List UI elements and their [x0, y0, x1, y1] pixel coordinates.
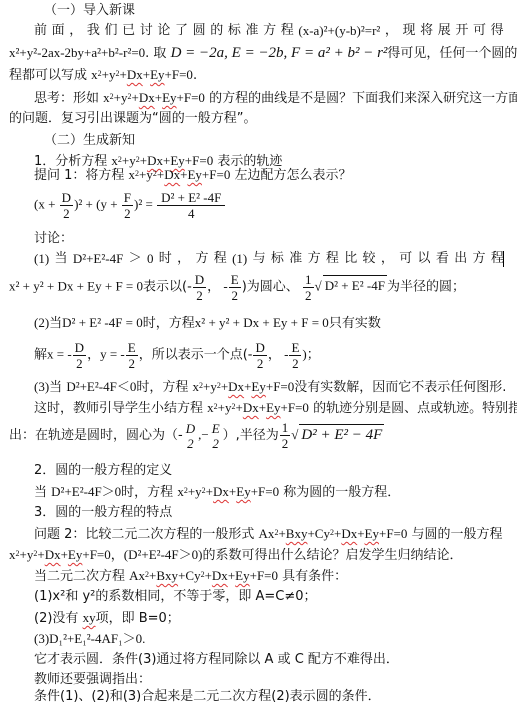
- token: 方: [195, 250, 208, 268]
- fraction-rhs: D² + E² -4F4: [157, 190, 225, 221]
- token: 0: [147, 250, 154, 268]
- token: 当: [54, 250, 67, 268]
- section-2-title: 2．圆的一般方程的定义: [34, 462, 172, 480]
- summary-line1: 这时，教师引导学生小结方程 x2+y2+Dx+Ey+F=0 的轨迹分别是圆、点或…: [34, 399, 517, 418]
- section-2-body: 当 D²+E²-4F＞0时，方程 x2+y2+Dx+Ey+F=0 称为圆的一般方…: [34, 483, 400, 502]
- text: (3)当: [34, 379, 62, 394]
- text: 项，即 B=0；: [96, 611, 180, 626]
- text: 解x = -: [34, 346, 72, 361]
- token: 较: [363, 250, 376, 268]
- text: 问题 2：比较二元二次方程的一般形式: [34, 527, 254, 542]
- char: 准: [246, 22, 259, 40]
- token: 出: [454, 250, 467, 268]
- char: 现: [403, 22, 416, 40]
- char: 开: [455, 22, 468, 40]
- char: ，: [385, 22, 398, 40]
- token: ，: [381, 250, 394, 268]
- condition-2: (2)没有 xy项，即 B=0；: [34, 609, 180, 628]
- fraction-E-2: E2: [289, 340, 301, 371]
- eq-part: x² + y² + Dx + Ey + F = 0: [9, 278, 143, 293]
- text: 提问 1：将方程: [34, 168, 124, 183]
- token: 时: [159, 250, 172, 268]
- text: 与圆的一般方程: [412, 527, 503, 542]
- eq-part: ,−: [198, 427, 209, 442]
- general-equation: x2+y2+Dx+Ey+F=0: [207, 400, 309, 415]
- text: 当二元二次方程: [34, 569, 125, 584]
- token: 标: [271, 250, 284, 268]
- token: 与: [253, 250, 266, 268]
- question-2-line1: 问题 2：比较二元二次方程的一般形式 Ax2+Bxy+Cy2+Dx+Ey+F=0…: [34, 525, 503, 544]
- text: 时，方程: [136, 380, 188, 395]
- xy-term: xy: [83, 610, 96, 625]
- fraction-D-2: D2: [184, 421, 197, 451]
- general-equation: x2+y2+Dx+Ey+F=0: [129, 167, 231, 182]
- char: 我: [87, 22, 100, 40]
- char: 方: [263, 22, 276, 40]
- def-DEF: D = −2a, E = −2b, F = a² + b² − r²: [171, 45, 388, 61]
- text: ）,半径为: [223, 428, 279, 443]
- text: 思考：形如: [34, 91, 99, 106]
- text: )为圆心、: [242, 279, 299, 294]
- char: 的: [210, 22, 223, 40]
- fraction-1-2: 12: [303, 272, 314, 303]
- para-intro-line3: 程都可以写成 x2+y2+Dx+Ey+F=0.: [9, 66, 197, 85]
- token: 准: [289, 250, 302, 268]
- condition-1: (1)x²和 y²的系数相同，不等于零，即 A=C≠0；: [34, 588, 317, 606]
- summary-line2: 出：在轨迹是圆时，圆心为（-D2,−E2）,半径为12√D² + E² − 4F: [9, 420, 384, 451]
- conclusion-3: 条件(1)、(2)和(3)合起来是二元二次方程(2)表示圆的条件．: [34, 688, 381, 702]
- heading-intro: （一）导入新课: [44, 2, 135, 20]
- char: ，: [69, 22, 82, 40]
- eq-part: )² =: [134, 196, 153, 211]
- quadratic-equation: Ax2+Bxy+Cy2+Dx+Ey+F=0: [129, 568, 278, 583]
- char: 讨: [140, 22, 153, 40]
- token: 看: [436, 250, 449, 268]
- text: (2)没有: [34, 611, 78, 626]
- fraction-E-2: E2: [229, 272, 241, 303]
- char: 面: [52, 22, 65, 40]
- period: .: [193, 68, 197, 83]
- char: 程: [281, 22, 294, 40]
- standard-circle-equation: (x-a)²+(y-b)²=r²: [298, 22, 380, 40]
- token: 可: [399, 250, 412, 268]
- conclusion-1: 它才表示圆．条件(3)通过将方程同除以 A 或 C 配方不难得出．: [34, 651, 399, 669]
- char: 将: [420, 22, 433, 40]
- eq-part: ， -: [207, 278, 228, 293]
- text-cursor: [503, 251, 504, 267]
- completed-square-equation: (x + D2)² + (y + F2)² = D² + E² -4F4: [34, 190, 226, 221]
- fraction-D-2: D2: [193, 272, 206, 303]
- text: 出：在轨迹是圆时，圆心为（-: [9, 428, 183, 443]
- condition: D² + E² -4F = 0: [62, 315, 143, 330]
- text: 称为圆的一般方程．: [283, 485, 400, 500]
- text: 当: [34, 485, 47, 500]
- tail-text: 得可见，任何一个圆的方: [387, 46, 517, 61]
- token: (1): [232, 250, 247, 268]
- text: 没有实数解，因而它不表示任何图形.: [294, 380, 506, 395]
- text: 为: [387, 279, 400, 294]
- text: 的轨迹分别是圆、点或轨迹。特别指: [313, 401, 517, 416]
- token: D²+E²-4F: [73, 250, 124, 268]
- text: 的方程的曲线是不是圆？下面我们来深入研究这一方面: [209, 91, 517, 106]
- eq-part: (x +: [34, 196, 55, 211]
- fraction-D-2: D2: [73, 340, 86, 371]
- char: 圆: [193, 22, 206, 40]
- token: 比: [344, 250, 357, 268]
- text: 半径的圆；: [400, 279, 465, 294]
- char: 们: [105, 22, 118, 40]
- think-line2: 的问题．复习引出课题为“圆的一般方程”。: [9, 110, 256, 128]
- text: 只有实数: [329, 316, 381, 331]
- text: (2)当: [34, 315, 62, 330]
- para-intro-line2: x²+y²-2ax-2by+a²+b²-r²=0. 取 D = −2a, E =…: [9, 44, 517, 63]
- fraction-F-2: F2: [122, 190, 133, 221]
- eq-part: ，y = -: [87, 346, 125, 361]
- eq-part: x² + y² + Dx + Ey + F = 0: [195, 315, 329, 330]
- text: 这时，教师引导学生小结方程: [34, 401, 203, 416]
- text: 左边配方怎么表示？: [234, 168, 351, 183]
- text: 程都可以写成: [9, 68, 87, 83]
- token: 程: [491, 250, 504, 268]
- text: 的系数可得出什么结论？启发学生归纳结论．: [202, 548, 462, 563]
- condition: D²+E²-4F＜0: [66, 379, 136, 394]
- conditions-intro: 当二元二次方程 Ax2+Bxy+Cy2+Dx+Ey+F=0 具有条件：: [34, 567, 347, 586]
- token: ，: [177, 250, 190, 268]
- token: 以: [418, 250, 431, 268]
- char: 论: [157, 22, 170, 40]
- fraction-1-2: 12: [280, 420, 291, 451]
- char: 可: [473, 22, 486, 40]
- fraction-E-2: E2: [210, 421, 222, 451]
- token: 方: [473, 250, 486, 268]
- case-2-line2: 解x = -D2，y = -E2，所以表示一个点(-D2， -E2)；: [34, 340, 320, 371]
- token: ＞: [129, 250, 142, 268]
- token: 方: [308, 250, 321, 268]
- case-2-line1: (2)当D² + E² -4F = 0时，方程x² + y² + Dx + Ey…: [34, 314, 381, 333]
- heading-new-knowledge: （二）生成新知: [44, 132, 135, 150]
- fraction-D-2: D2: [253, 340, 266, 371]
- char: 展: [438, 22, 451, 40]
- token: (1): [34, 250, 49, 268]
- char: 标: [228, 22, 241, 40]
- fraction-D-2: D2: [60, 190, 73, 221]
- case-1-line2: x² + y² + Dx + Ey + F = 0表示以(-D2， -E2)为圆…: [9, 272, 465, 303]
- text: 时，方程: [121, 485, 173, 500]
- general-equation: x2+y2+Dx+Ey+F=0: [9, 547, 111, 562]
- quadratic-equation: Ax2+Bxy+Cy2+Dx+Ey+F=0: [259, 526, 408, 541]
- section-3-title: 3．圆的一般方程的特点: [34, 504, 172, 522]
- text: 具有条件：: [282, 569, 347, 584]
- text: 表示以(-: [143, 279, 192, 294]
- char: 了: [175, 22, 188, 40]
- para-intro-line1: 前面，我们已讨论了圆的标准方程(x-a)²+(y-b)²=r²，现将展开可得: [34, 22, 504, 40]
- general-equation: x2+y2+Dx+Ey+F=0: [177, 484, 279, 499]
- text: 时，方程: [143, 316, 195, 331]
- eq-part: )² + (y +: [74, 196, 117, 211]
- fraction-E-2: E2: [126, 340, 138, 371]
- eq-part: )；: [302, 346, 319, 361]
- char: 前: [34, 22, 47, 40]
- radical: D² + E² − 4F: [299, 424, 384, 445]
- case-3: (3)当 D²+E²-4F＜0时，方程 x2+y2+Dx+Ey+F=0没有实数解…: [34, 378, 506, 397]
- char: 已: [122, 22, 135, 40]
- eq-part: ， -: [268, 346, 289, 361]
- question-2-line2: x2+y2+Dx+Ey+F=0，(D²+E²-4F＞0)的系数可得出什么结论？启…: [9, 546, 462, 565]
- conclusion-2: 教师还要强调指出：: [34, 671, 151, 689]
- text: ，所以表示一个点(-: [139, 347, 253, 362]
- token: 程: [326, 250, 339, 268]
- general-equation: x2+y2+Dx+Ey+F=0: [103, 90, 205, 105]
- condition: ，(D²+E²-4F＞0): [111, 547, 203, 562]
- condition-3: (3)D₁²+E₁²-4AF₁＞0.: [34, 630, 145, 648]
- question-1: 提问 1：将方程 x2+y2+Dx+Ey+F=0 左边配方怎么表示？: [34, 166, 351, 185]
- general-equation: x2+y2+Dx+Ey+F=0: [192, 379, 294, 394]
- case-1-line1: (1)当D²+E²-4F＞0时，方程(1)与标准方程比较，可以看出方程: [34, 250, 504, 268]
- discuss-label: 讨论：: [34, 230, 73, 248]
- token: 程: [214, 250, 227, 268]
- general-equation: x2+y2+Dx+Ey+F=0: [91, 67, 193, 82]
- take-text: . 取: [145, 46, 166, 61]
- condition: D²+E²-4F＞0: [51, 484, 121, 499]
- char: 得: [491, 22, 504, 40]
- radical: D² + E² -4F: [323, 275, 387, 296]
- expanded-equation: x²+y²-2ax-2by+a²+b²-r²=0: [9, 45, 145, 60]
- think-line1: 思考：形如 x2+y2+Dx+Ey+F=0 的方程的曲线是不是圆？下面我们来深入…: [34, 89, 517, 108]
